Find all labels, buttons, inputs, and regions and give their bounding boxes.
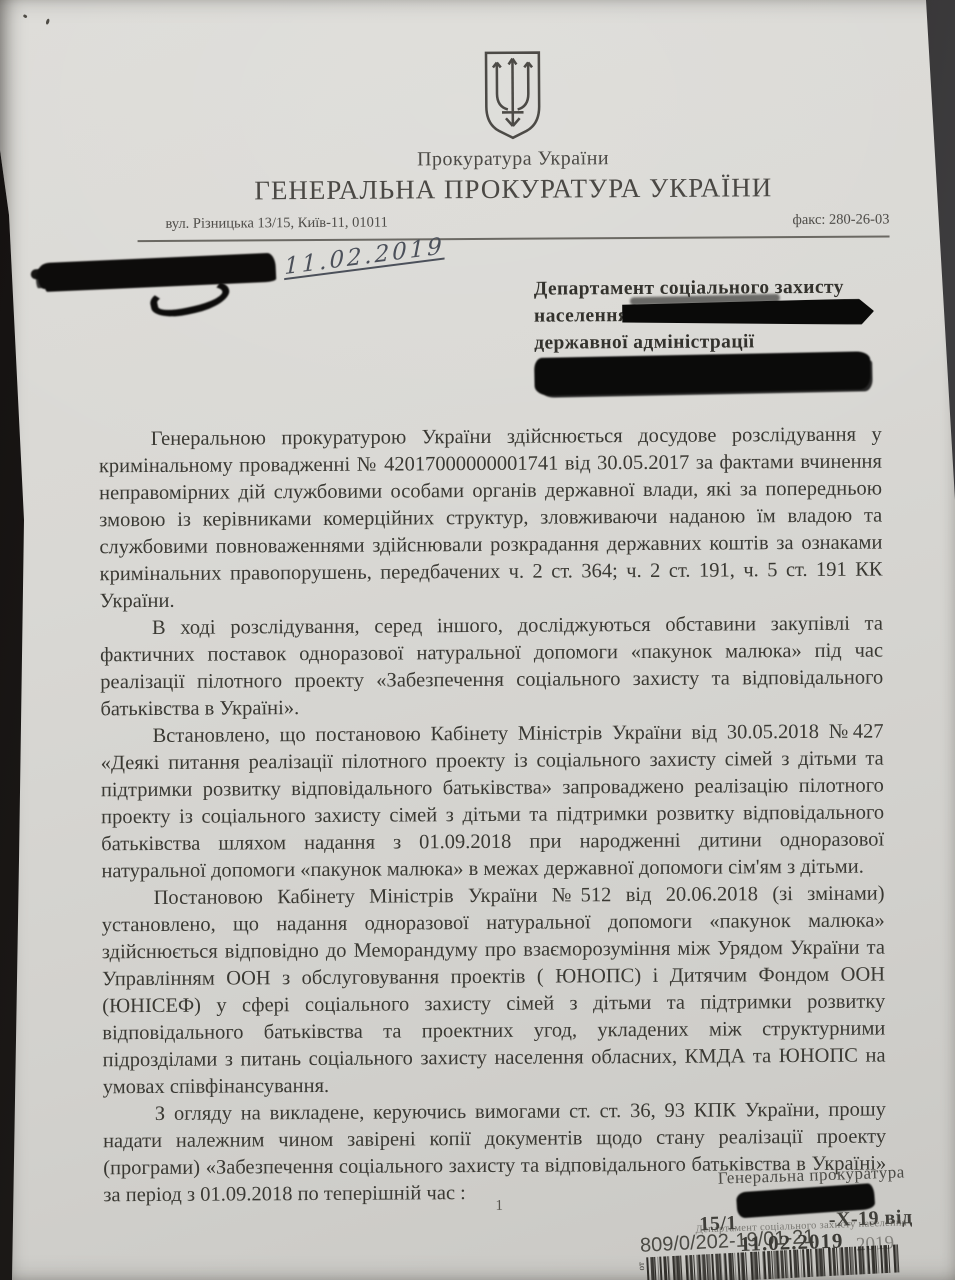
letterhead-address-row: вул. Різницька 13/15, Київ-11, 01011 фак… [137, 211, 889, 233]
paragraph-3: Встановлено, що постановою Кабінету Міні… [101, 719, 885, 886]
agency-fax: факс: 280-26-03 [792, 211, 889, 229]
recipient-block: Департамент соціального захисту населенн… [534, 274, 882, 357]
agency-name-main: ГЕНЕРАЛЬНА ПРОКУРАТУРА УКРАЇНИ [137, 171, 889, 207]
paper-speck [45, 18, 50, 25]
letterhead: Прокуратура України ГЕНЕРАЛЬНА ПРОКУРАТУ… [136, 47, 889, 242]
agency-address: вул. Різницька 13/15, Київ-11, 01011 [165, 215, 387, 233]
agency-name-small: Прокуратура України [137, 145, 889, 173]
barcode-label: от [636, 1262, 646, 1271]
ukraine-trident-emblem-icon [481, 50, 544, 140]
recipient-line-2: населення [534, 301, 882, 330]
letter-body: Генеральною прокуратурою України здійсню… [99, 422, 887, 1210]
letterhead-divider [138, 235, 890, 242]
page-number: 1 [495, 1198, 503, 1215]
photo-background: Прокуратура України ГЕНЕРАЛЬНА ПРОКУРАТУ… [0, 0, 955, 1280]
redaction-bar [534, 351, 871, 396]
redaction-scribble [37, 253, 276, 290]
paragraph-2: В ході розслідування, серед іншого, досл… [100, 611, 884, 724]
paper-speck [23, 14, 28, 19]
paragraph-4: Постановою Кабінету Міністрів України №5… [101, 881, 885, 1102]
stamp-ref-suffix: -X-19 від [828, 1206, 912, 1231]
paragraph-1: Генеральною прокуратурою України здійсню… [99, 422, 883, 616]
document-content: Прокуратура України ГЕНЕРАЛЬНА ПРОКУРАТУ… [0, 0, 955, 1280]
